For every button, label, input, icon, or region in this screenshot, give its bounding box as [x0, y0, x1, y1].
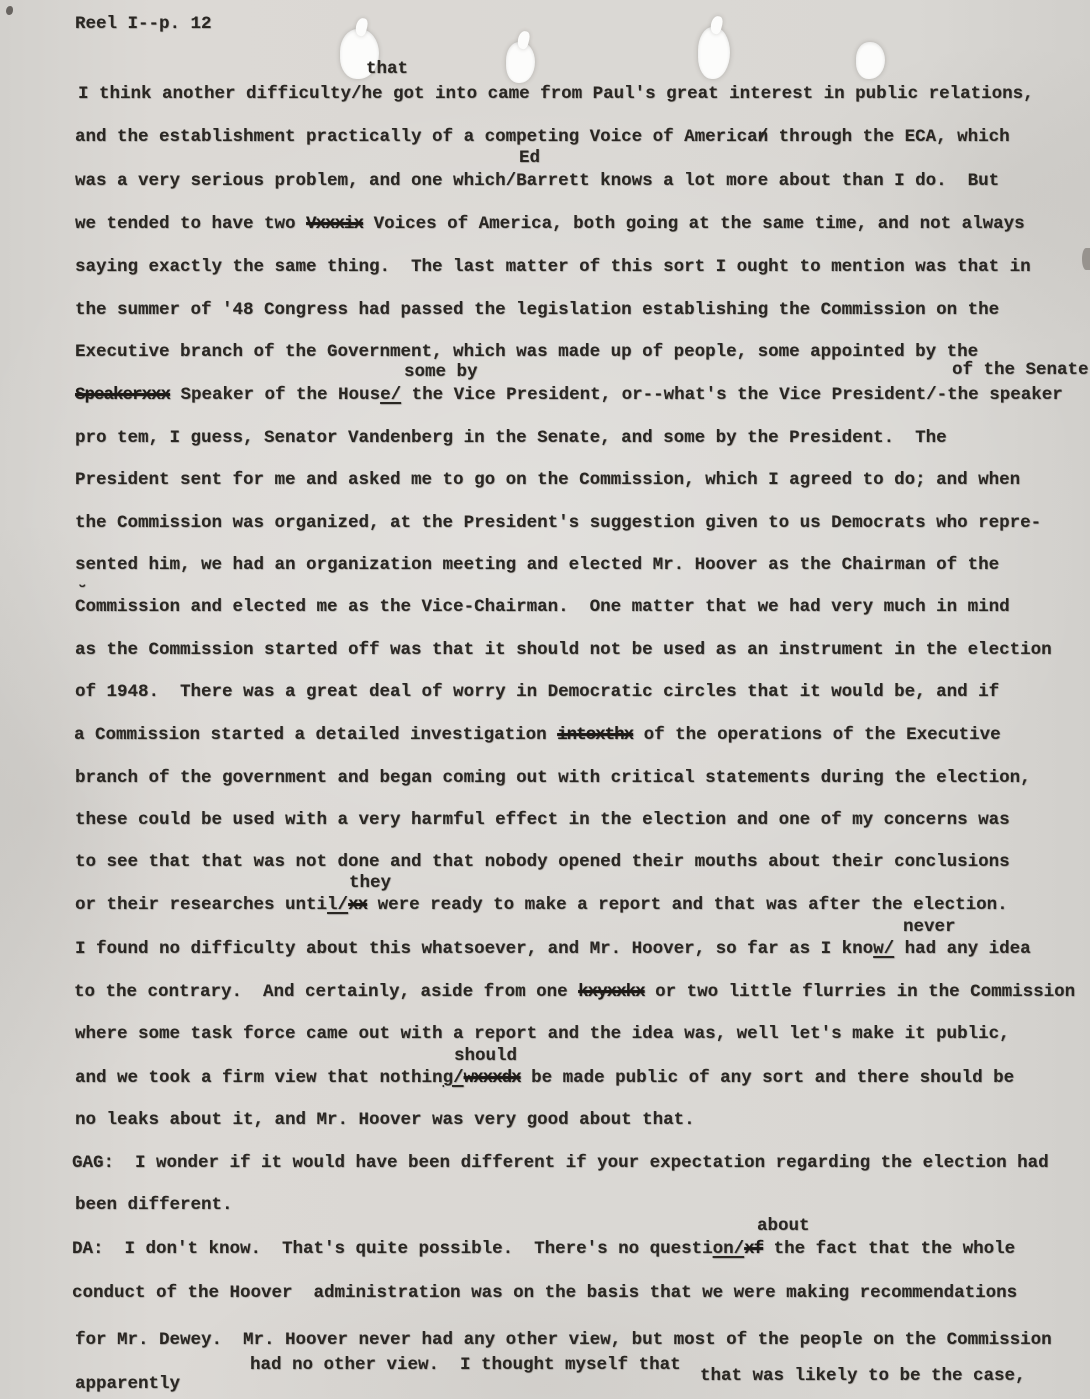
text-segment: I found no difficulty about this whatsoe…: [75, 939, 873, 960]
text-segment: was a very serious problem, and one whic…: [75, 171, 999, 192]
text-segment: Voices of America, both going at the sam…: [363, 214, 1025, 235]
text-segment: as the Commission started off was that i…: [75, 640, 1052, 661]
text-segment: never: [903, 917, 956, 938]
insertion: Ed: [519, 148, 540, 169]
text-segment: had any idea: [894, 939, 1031, 960]
text-line: for Mr. Dewey. Mr. Hoover never had any …: [75, 1330, 1052, 1351]
text-segment: or their researches unti: [75, 895, 327, 916]
text-segment: Speaker of the Hous: [170, 385, 380, 406]
text-segment: of the operations of the Executive: [633, 725, 1001, 746]
text-segment: been different.: [75, 1195, 233, 1216]
text-segment: be made public of any sort and there sho…: [521, 1068, 1015, 1089]
text-segment: and the establishment practically of a c…: [75, 127, 758, 148]
text-segment: through the ECA, which: [768, 127, 1010, 148]
text-segment: the Commission was organized, at the Pre…: [75, 513, 1041, 534]
punch-hole: [506, 42, 535, 83]
strike-text: kxyxxkx: [578, 982, 645, 1003]
text-line: saying exactly the same thing. The last …: [75, 257, 1031, 278]
text-segment: of the Senate: [952, 360, 1089, 381]
underline-text: w/: [873, 939, 894, 960]
insertion: that: [366, 59, 408, 80]
punch-hole: [856, 42, 885, 79]
insertion: about: [757, 1216, 810, 1237]
underline-text: l/: [327, 895, 348, 916]
text-segment: President sent for me and asked me to go…: [75, 470, 1020, 491]
text-segment: the summer of '48 Congress had passed th…: [75, 300, 999, 321]
text-line: and we took a firm view that nothing/wxx…: [75, 1068, 1014, 1089]
text-segment: about: [757, 1216, 810, 1237]
text-line: I think another difficulty/he got into c…: [78, 84, 1034, 105]
text-segment: where some task force came out with a re…: [75, 1024, 1010, 1045]
page-header: Reel I--p. 12: [75, 14, 212, 35]
text-segment: the fact that the whole: [763, 1239, 1015, 1260]
text-segment: pro tem, I guess, Senator Vandenberg in …: [75, 428, 947, 449]
text-segment: of 1948. There was a great deal of worry…: [75, 682, 999, 703]
text-line: that was likely to be the case,: [700, 1366, 1026, 1387]
text-line: to see that that was not done and that n…: [75, 852, 1010, 873]
text-line: GAG: I wonder if it would have been diff…: [72, 1153, 1049, 1174]
text-line: to the contrary. And certainly, aside fr…: [74, 982, 1075, 1003]
text-segment: should: [454, 1046, 517, 1067]
text-line: branch of the government and began comin…: [75, 768, 1031, 789]
strike-text: xx: [348, 895, 367, 916]
text-segment: a Commission started a detailed investig…: [74, 725, 557, 746]
text-segment: had no other view. I thought myself that: [250, 1355, 681, 1376]
text-line: a Commission started a detailed investig…: [74, 725, 1001, 746]
insertion: of the Senate: [952, 360, 1089, 381]
text-line: Speakerxxx Speaker of the House/ the Vic…: [75, 385, 1063, 406]
text-line: President sent for me and asked me to go…: [75, 470, 1020, 491]
text-segment: Executive branch of the Government, whic…: [75, 342, 978, 363]
text-segment: branch of the government and began comin…: [75, 768, 1031, 789]
insertion: some by: [404, 362, 478, 383]
text-segment: Reel I--p. 12: [75, 14, 212, 35]
strike-text: Vxxxix: [306, 214, 363, 235]
text-segment: I think another difficulty/he got into c…: [78, 84, 1034, 105]
text-line: was a very serious problem, and one whic…: [75, 171, 999, 192]
text-line: sented him, we had an organization meeti…: [75, 555, 999, 576]
text-line: conduct of the Hoover administration was…: [72, 1283, 1017, 1304]
text-line: of 1948. There was a great deal of worry…: [75, 682, 999, 703]
text-segment: that: [366, 59, 408, 80]
text-segment: no leaks about it, and Mr. Hoover was ve…: [75, 1110, 695, 1131]
text-line: or their researches until/xx were ready …: [75, 895, 1008, 916]
text-segment: saying exactly the same thing. The last …: [75, 257, 1031, 278]
text-segment: DA: I don't know. That's quite possible.…: [72, 1239, 713, 1260]
text-line: been different.: [75, 1195, 233, 1216]
text-line: where some task force came out with a re…: [75, 1024, 1010, 1045]
text-segment: or two little flurries in the Commission: [645, 982, 1076, 1003]
text-line: and the establishment practically of a c…: [75, 127, 1010, 148]
text-segment: that was likely to be the case,: [700, 1366, 1026, 1387]
punch-hole: [698, 27, 730, 79]
text-segment: apparently: [75, 1374, 180, 1395]
insertion: should: [454, 1046, 517, 1067]
text-line: I found no difficulty about this whatsoe…: [75, 939, 1031, 960]
text-line: apparently: [75, 1374, 180, 1395]
text-line: no leaks about it, and Mr. Hoover was ve…: [75, 1110, 695, 1131]
text-segment: to see that that was not done and that n…: [75, 852, 1010, 873]
scanned-page: Reel I--p. 12thatI think another difficu…: [0, 0, 1090, 1399]
text-line: Executive branch of the Government, whic…: [75, 342, 978, 363]
insertion: they: [349, 873, 391, 894]
text-segment: we tended to have two: [75, 214, 306, 235]
text-segment: to the contrary. And certainly, aside fr…: [74, 982, 578, 1003]
text-segment: sented him, we had an organization meeti…: [75, 555, 999, 576]
text-segment: and we took a firm view that nothin: [75, 1068, 443, 1089]
text-line: Commission and elected me as the Vice-Ch…: [75, 597, 1010, 618]
insertion: never: [903, 917, 956, 938]
text-segment: Commission and elected me as the Vice-Ch…: [75, 597, 1010, 618]
text-line: pro tem, I guess, Senator Vandenberg in …: [75, 428, 947, 449]
strike-text: intoxthx: [557, 725, 633, 746]
underline-text: g/: [443, 1068, 464, 1089]
strike-text: xf: [744, 1239, 763, 1260]
text-line: we tended to have two Vxxxix Voices of A…: [75, 214, 1025, 235]
text-line: these could be used with a very harmful …: [75, 810, 1010, 831]
text-line: had no other view. I thought myself that: [250, 1355, 681, 1376]
strike-text: Speakerxxx: [75, 385, 170, 406]
text-segment: the Vice President, or--what's the Vice …: [401, 385, 1063, 406]
slash-text: n: [758, 127, 769, 148]
text-segment: GAG: I wonder if it would have been diff…: [72, 1153, 1049, 1174]
text-segment: Ed: [519, 148, 540, 169]
text-segment: some by: [404, 362, 478, 383]
underline-text: on/: [713, 1239, 745, 1260]
text-line: as the Commission started off was that i…: [75, 640, 1052, 661]
underline-text: e/: [380, 385, 401, 406]
text-line: the Commission was organized, at the Pre…: [75, 513, 1041, 534]
text-line: DA: I don't know. That's quite possible.…: [72, 1239, 1015, 1260]
text-segment: for Mr. Dewey. Mr. Hoover never had any …: [75, 1330, 1052, 1351]
text-segment: they: [349, 873, 391, 894]
strike-text: wxxxdx: [464, 1068, 521, 1089]
text-segment: these could be used with a very harmful …: [75, 810, 1010, 831]
text-segment: were ready to make a report and that was…: [367, 895, 1008, 916]
text-segment: conduct of the Hoover administration was…: [72, 1283, 1017, 1304]
text-line: the summer of '48 Congress had passed th…: [75, 300, 999, 321]
